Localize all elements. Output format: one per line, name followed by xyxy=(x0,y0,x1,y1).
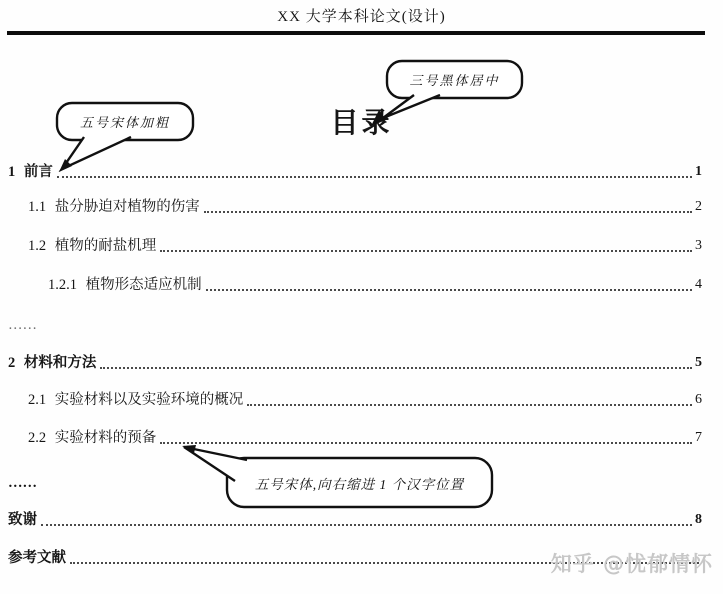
page-number: 5 xyxy=(695,353,702,373)
toc-ellipsis-row: …… xyxy=(8,314,702,335)
toc-row: 2 材料和方法 5 xyxy=(8,352,702,373)
page-number: 4 xyxy=(695,275,702,295)
page-number: 8 xyxy=(695,510,702,530)
dot-leader xyxy=(204,211,692,213)
toc-entry-label: 2.2 实验材料的预备 xyxy=(28,428,156,448)
dot-leader xyxy=(247,404,692,406)
toc-row: 1.2.1 植物形态适应机制 4 xyxy=(8,274,702,295)
toc-entry-label: 1.2.1 植物形态适应机制 xyxy=(48,275,202,295)
header-rule xyxy=(7,31,705,35)
callout-text-level1-note: 五号宋体加粗 xyxy=(57,103,193,140)
toc-row: 致谢 8 xyxy=(8,509,702,530)
document-page: XX 大学本科论文(设计) 目录 1 前言 1 1.1 盐分胁迫对植物的伤害 2… xyxy=(0,0,723,594)
dot-leader xyxy=(160,442,692,444)
page-number: 1 xyxy=(695,162,702,182)
dot-leader xyxy=(57,176,692,178)
toc-row: 1.2 植物的耐盐机理 3 xyxy=(8,235,702,256)
dot-leader xyxy=(41,524,692,526)
page-number: 7 xyxy=(695,428,702,448)
toc-row: 1.1 盐分胁迫对植物的伤害 2 xyxy=(8,196,702,217)
callout-text-indent-note: 五号宋体,向右缩进 1 个汉字位置 xyxy=(227,458,492,507)
running-head: XX 大学本科论文(设计) xyxy=(0,5,723,26)
toc-row: 1 前言 1 xyxy=(8,161,702,182)
page-number: 3 xyxy=(695,236,702,256)
page-number: 6 xyxy=(695,390,702,410)
watermark: 知乎 @忧郁情怀 xyxy=(551,548,713,578)
toc-entry-label: 1.1 盐分胁迫对植物的伤害 xyxy=(28,197,200,217)
callout-text-title-note: 三号黑体居中 xyxy=(387,61,522,98)
toc-ellipsis: …… xyxy=(8,473,37,493)
toc-entry-label: 参考文献 xyxy=(8,548,66,568)
dot-leader xyxy=(206,289,692,291)
dot-leader xyxy=(160,250,692,252)
toc-entry-label: 致谢 xyxy=(8,510,37,530)
page-number: 2 xyxy=(695,197,702,217)
toc-row: 2.1 实验材料以及实验环境的概况 6 xyxy=(8,389,702,410)
toc-row: 2.2 实验材料的预备 7 xyxy=(8,427,702,448)
dot-leader xyxy=(100,367,692,369)
toc-entry-label: 1 前言 xyxy=(8,162,53,182)
toc-entry-label: 1.2 植物的耐盐机理 xyxy=(28,236,156,256)
toc-ellipsis: …… xyxy=(8,315,37,335)
toc-entry-label: 2.1 实验材料以及实验环境的概况 xyxy=(28,390,243,410)
toc-entry-label: 2 材料和方法 xyxy=(8,353,96,373)
